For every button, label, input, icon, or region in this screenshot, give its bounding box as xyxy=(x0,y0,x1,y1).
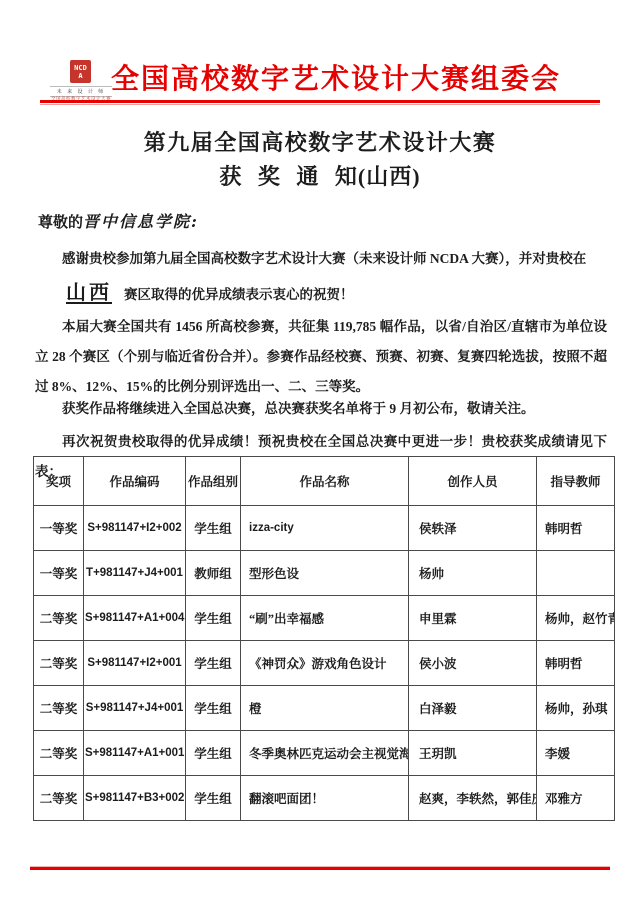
table-cell: 白泽毅 xyxy=(409,686,537,731)
table-row: 一等奖T+981147+J4+001教师组型形色设杨帅 xyxy=(34,551,615,596)
salutation: 尊敬的晋中信息学院: xyxy=(38,209,199,232)
salutation-prefix: 尊敬的 xyxy=(38,215,83,231)
table-body: 一等奖S+981147+I2+002学生组izza-city侯轶泽韩明哲一等奖T… xyxy=(34,506,615,821)
paragraph-finals-notice: 获奖作品将继续进入全国总决赛，总决赛获奖名单将于 9 月初公布，敬请关注。 xyxy=(35,394,607,424)
table-cell: 韩明哲 xyxy=(537,641,615,686)
table-cell: 二等奖 xyxy=(34,596,84,641)
table-cell: 杨帅 xyxy=(409,551,537,596)
column-header: 作品编码 xyxy=(84,457,186,506)
table-cell: 型形色设 xyxy=(241,551,409,596)
table-cell: 一等奖 xyxy=(34,551,84,596)
table-cell: 杨帅，孙琪 xyxy=(537,686,615,731)
table-cell: 教师组 xyxy=(186,551,241,596)
region-line: 山西赛区取得的优异成绩表示衷心的祝贺！ xyxy=(66,276,354,305)
table-cell: 二等奖 xyxy=(34,641,84,686)
table-cell: 学生组 xyxy=(186,641,241,686)
table-cell: T+981147+J4+001 xyxy=(84,551,186,596)
table-cell: 侯小波 xyxy=(409,641,537,686)
table-header-row: 奖项作品编码作品组别作品名称创作人员指导教师 xyxy=(34,457,615,506)
region-congrats-text: 赛区取得的优异成绩表示衷心的祝贺！ xyxy=(124,287,354,302)
paragraph-thanks: 感谢贵校参加第九届全国高校数字艺术设计大赛（未来设计师 NCDA 大赛），并对贵… xyxy=(35,244,607,274)
region-name: 山西 xyxy=(66,282,112,304)
divider-thin-line xyxy=(40,104,600,105)
document-title: 第九届全国高校数字艺术设计大赛 xyxy=(0,126,640,157)
table-cell: 学生组 xyxy=(186,686,241,731)
table-cell: 学生组 xyxy=(186,731,241,776)
table-cell: 赵爽，李轶然，郭佳庆 xyxy=(409,776,537,821)
header-divider xyxy=(40,100,600,105)
table-cell: 杨帅，赵竹青 xyxy=(537,596,615,641)
table-cell: S+981147+A1+001 xyxy=(84,731,186,776)
school-name: 晋中信息学院 xyxy=(83,212,191,231)
table-cell: izza-city xyxy=(241,506,409,551)
column-header: 奖项 xyxy=(34,457,84,506)
column-header: 指导教师 xyxy=(537,457,615,506)
organization-name: 全国高校数字艺术设计大赛组委会 xyxy=(111,57,631,97)
table-cell: S+981147+A1+004 xyxy=(84,596,186,641)
table-cell: 二等奖 xyxy=(34,776,84,821)
table-row: 二等奖S+981147+I2+001学生组《神罚众》游戏角色设计侯小波韩明哲 xyxy=(34,641,615,686)
table-cell: S+981147+I2+002 xyxy=(84,506,186,551)
table-cell: “刷”出幸福感 xyxy=(241,596,409,641)
table-cell: 二等奖 xyxy=(34,686,84,731)
table-row: 一等奖S+981147+I2+002学生组izza-city侯轶泽韩明哲 xyxy=(34,506,615,551)
footer-thick-line xyxy=(30,867,610,870)
table-cell: S+981147+I2+001 xyxy=(84,641,186,686)
table-cell: 学生组 xyxy=(186,776,241,821)
table-cell: 学生组 xyxy=(186,596,241,641)
table-cell: 学生组 xyxy=(186,506,241,551)
paragraph-competition-stats: 本届大赛全国共有 1456 所高校参赛，共征集 119,785 幅作品，以省/自… xyxy=(35,312,607,402)
awards-table: 奖项作品编码作品组别作品名称创作人员指导教师 一等奖S+981147+I2+00… xyxy=(33,456,615,821)
table-cell: S+981147+J4+001 xyxy=(84,686,186,731)
table-cell: 王玥凯 xyxy=(409,731,537,776)
table-cell: 一等奖 xyxy=(34,506,84,551)
table-cell: S+981147+B3+002 xyxy=(84,776,186,821)
table-cell: 《神罚众》游戏角色设计 xyxy=(241,641,409,686)
document-subtitle: 获 奖 通 知(山西) xyxy=(0,160,640,191)
column-header: 作品名称 xyxy=(241,457,409,506)
footer-divider xyxy=(30,866,610,870)
table-cell: 申里霖 xyxy=(409,596,537,641)
table-cell: 翻滚吧面团！ xyxy=(241,776,409,821)
table-cell: 橙 xyxy=(241,686,409,731)
column-header: 作品组别 xyxy=(186,457,241,506)
salutation-colon: : xyxy=(191,212,199,231)
ncda-seal-logo: NCDA xyxy=(70,60,91,83)
table-cell: 侯轶泽 xyxy=(409,506,537,551)
table-cell: 二等奖 xyxy=(34,731,84,776)
column-header: 创作人员 xyxy=(409,457,537,506)
table-row: 二等奖S+981147+A1+004学生组“刷”出幸福感申里霖杨帅，赵竹青 xyxy=(34,596,615,641)
table-cell: 李媛 xyxy=(537,731,615,776)
table-cell: 韩明哲 xyxy=(537,506,615,551)
table-row: 二等奖S+981147+J4+001学生组橙白泽毅杨帅，孙琪 xyxy=(34,686,615,731)
table-row: 二等奖S+981147+A1+001学生组冬季奥林匹克运动会主视觉海报王玥凯李媛 xyxy=(34,731,615,776)
table-cell: 邓雅方 xyxy=(537,776,615,821)
table-cell xyxy=(537,551,615,596)
table-cell: 冬季奥林匹克运动会主视觉海报 xyxy=(241,731,409,776)
award-notice-document: NCDA 未 来 设 计 师 全国高校数字艺术设计大赛 全国高校数字艺术设计大赛… xyxy=(0,0,640,906)
seal-monogram: NCDA xyxy=(74,64,87,80)
table-row: 二等奖S+981147+B3+002学生组翻滚吧面团！赵爽，李轶然，郭佳庆邓雅方 xyxy=(34,776,615,821)
